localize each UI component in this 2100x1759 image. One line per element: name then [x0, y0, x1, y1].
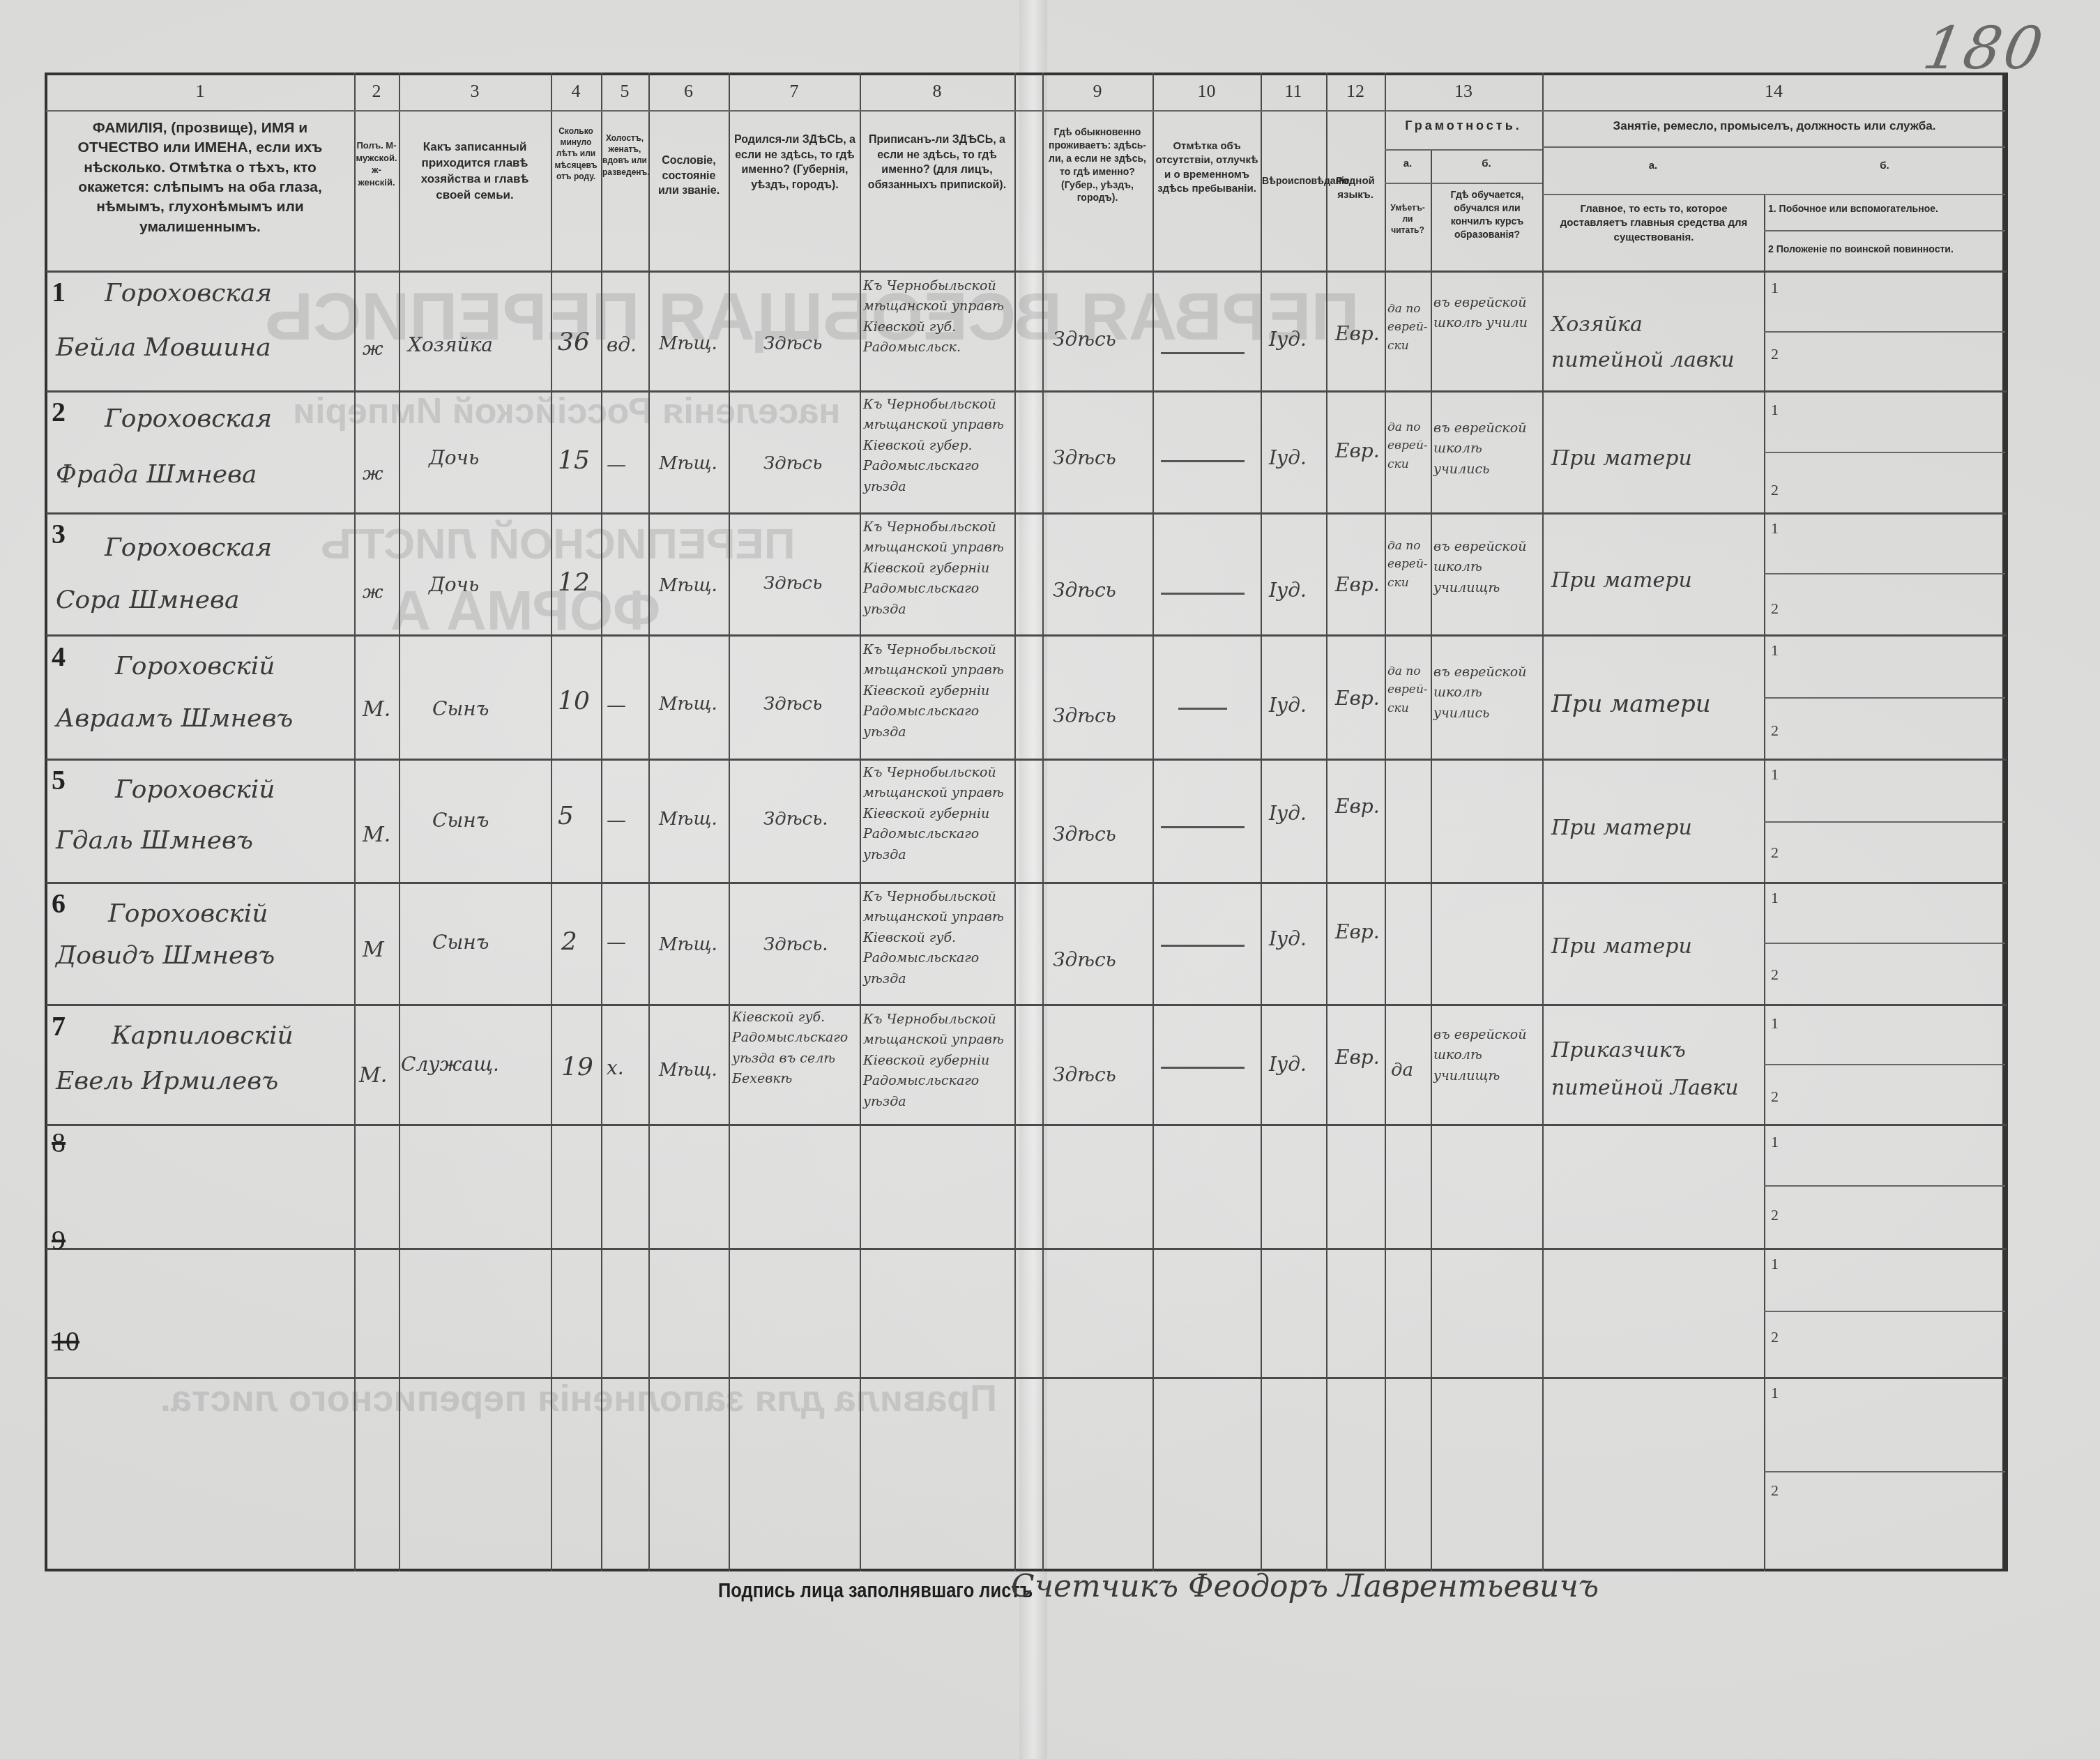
header-col13b: Гдѣ обучается, обучался или кончилъ курс… [1435, 188, 1539, 241]
age: 19 [561, 1053, 593, 1081]
estate: Мѣщ. [659, 809, 717, 830]
absence-dash [1161, 826, 1245, 828]
row-separator [46, 882, 2007, 884]
header-col6: Сословіе, состояніе или званіе. [653, 153, 725, 199]
row-number: 4 [52, 640, 66, 673]
age: 15 [558, 446, 590, 475]
literacy: да по еврей-ски [1387, 418, 1431, 473]
col-number: 7 [729, 81, 860, 102]
col-divider [601, 73, 602, 1571]
age: 10 [558, 687, 590, 715]
registered-at: Къ Чернобыльской мѣщанской управѣ Кіевск… [863, 395, 1011, 497]
religion: Іуд. [1269, 927, 1307, 950]
header-col14b-2: 2 Положеніе по воинской повинности. [1768, 243, 2002, 256]
col-number: 1 [46, 81, 354, 102]
registered-at: Къ Чернобыльской мѣщанской управѣ Кіевск… [863, 763, 1011, 865]
occupation-main: При матери [1551, 934, 1692, 959]
row-number: 3 [52, 517, 66, 550]
col-divider [648, 73, 650, 1571]
relation: Хозяйка [408, 333, 493, 356]
subrow-2: 2 [1771, 966, 1779, 984]
subrow-1: 1 [1771, 279, 1779, 297]
col-number: 14 [1542, 81, 2005, 102]
header-sub-line [1764, 230, 2005, 231]
residence: Здѣсь [1053, 704, 1116, 727]
absence-dash [1178, 708, 1227, 710]
given-name: Евель Ирмилевъ [56, 1067, 278, 1095]
header-col11: Вѣроисповѣданіе. [1262, 174, 1325, 188]
native-language: Евр. [1335, 920, 1380, 943]
marital-status: — [607, 453, 626, 476]
col-divider [1261, 73, 1262, 1571]
sex: ж [363, 464, 383, 485]
residence: Здѣсь [1053, 579, 1116, 602]
col-number: 11 [1261, 81, 1326, 102]
subrow-separator [1764, 1064, 2005, 1065]
registered-at: Къ Чернобыльской мѣщанской управѣ Кіевск… [863, 1010, 1011, 1112]
subrow-1: 1 [1771, 766, 1779, 784]
age: 12 [558, 568, 590, 597]
native-language: Евр. [1335, 687, 1380, 710]
sex: М. [359, 1063, 387, 1088]
col-number: 2 [354, 81, 399, 102]
header-col13a: Умѣетъ-ли читать? [1387, 202, 1428, 236]
subrow-separator [1764, 697, 2005, 699]
row-number: 10 [52, 1325, 79, 1357]
col-divider [1326, 73, 1327, 1571]
subrow-separator [1764, 943, 2005, 944]
religion: Іуд. [1269, 328, 1307, 351]
header-col10: Отмѣтка объ отсутствіи, отлучкѣ и о врем… [1155, 139, 1259, 196]
col-divider [1014, 73, 1016, 1571]
subrow-2: 2 [1771, 1328, 1779, 1346]
estate: Мѣщ. [659, 575, 717, 596]
relation: Дочь [429, 573, 479, 596]
header-col2: Полъ. М-мужской. ж-женскій. [356, 139, 397, 188]
header-col4: Сколько минуло лѣтъ или мѣсяцевъ отъ род… [552, 125, 600, 182]
subrow-1: 1 [1771, 1133, 1779, 1151]
subrow-1: 1 [1771, 889, 1779, 907]
subrow-separator [1764, 331, 2005, 333]
literacy: да по еврей-ски [1387, 537, 1431, 592]
estate: Мѣщ. [659, 934, 717, 955]
col-divider [729, 73, 730, 1571]
relation: Сынъ [432, 931, 489, 954]
surname: Гороховская [105, 279, 272, 307]
absence-dash [1161, 352, 1245, 354]
col-number: 4 [551, 81, 601, 102]
residence: Здѣсь [1053, 1063, 1116, 1086]
header-col13a-label: а. [1386, 157, 1429, 171]
literacy: да [1391, 1060, 1413, 1081]
estate: Мѣщ. [659, 333, 717, 354]
occupation-main: При матери [1551, 816, 1692, 840]
subrow-1: 1 [1771, 1384, 1779, 1402]
sex: М. [363, 697, 390, 722]
row-number: 2 [52, 395, 66, 428]
religion: Іуд. [1269, 446, 1307, 469]
given-name: Сора Шмнева [56, 586, 240, 614]
estate: Мѣщ. [659, 694, 717, 715]
row-separator [46, 1248, 2007, 1250]
marital-status: х. [607, 1056, 624, 1079]
birthplace: Здѣсь [763, 694, 822, 715]
subrow-1: 1 [1771, 1255, 1779, 1273]
registered-at: Къ Чернобыльской мѣщанской управѣ Кіевск… [863, 517, 1011, 620]
marital-status: — [607, 809, 626, 832]
sex: М. [363, 823, 390, 847]
col-divider [1542, 73, 1544, 1571]
col-divider [1042, 73, 1044, 1571]
education: въ еврейской школѣ учили [1433, 293, 1539, 334]
given-name: Гдаль Шмневъ [56, 826, 253, 855]
relation: Служащ. [401, 1053, 499, 1076]
header-number-line [46, 110, 2005, 112]
native-language: Евр. [1335, 1046, 1380, 1069]
registered-at: Къ Чернобыльской мѣщанской управѣ Кіевск… [863, 276, 1011, 358]
occupation-main: Хозяйка питейной лавки [1551, 307, 1760, 378]
header-col8: Приписанъ-ли ЗДѢСЬ, а если не здѣсь, то … [863, 132, 1011, 192]
residence: Здѣсь [1053, 823, 1116, 846]
sex: М [363, 938, 384, 962]
religion: Іуд. [1269, 1053, 1307, 1076]
occupation-main: При матери [1551, 446, 1692, 471]
sex: ж [363, 339, 383, 360]
surname: Карпиловскій [112, 1021, 294, 1050]
subrow-1: 1 [1771, 1014, 1779, 1033]
header-sub-line [1542, 146, 2005, 148]
given-name: Довидъ Шмневъ [56, 941, 275, 970]
surname: Гороховскій [115, 652, 275, 680]
marital-status: — [607, 931, 626, 954]
col-number: 9 [1042, 81, 1152, 102]
residence: Здѣсь [1053, 446, 1116, 469]
row-separator [46, 512, 2007, 515]
surname: Гороховская [105, 404, 272, 433]
subrow-2: 2 [1771, 600, 1779, 618]
absence-dash [1161, 945, 1245, 947]
col-divider [399, 73, 400, 1571]
relation: Сынъ [432, 697, 489, 720]
relation: Дочь [429, 446, 479, 469]
enumerator-signature: Счетчикъ Феодоръ Лаврентьевичъ [1011, 1569, 1599, 1604]
estate: Мѣщ. [659, 1060, 717, 1081]
education: въ еврейской школѣ училищѣ [1433, 1025, 1539, 1086]
census-table [45, 73, 2008, 1571]
row-separator [46, 634, 2007, 637]
col-divider [354, 73, 356, 1571]
col-number: 12 [1326, 81, 1385, 102]
row-separator [46, 759, 2007, 761]
given-name: Бейла Мовшина [56, 333, 271, 362]
religion: Іуд. [1269, 579, 1307, 602]
col-divider [1152, 73, 1154, 1571]
header-sub-line [1431, 183, 1542, 184]
religion: Іуд. [1269, 694, 1307, 717]
birthplace: Здѣсь [763, 573, 822, 594]
row-separator [46, 1004, 2007, 1006]
subrow-2: 2 [1771, 722, 1779, 740]
age: 2 [561, 927, 577, 956]
subrow-separator [1764, 573, 2005, 574]
residence: Здѣсь [1053, 328, 1116, 351]
literacy: да по еврей-ски [1387, 300, 1431, 355]
header-sub-line [1385, 149, 1542, 151]
absence-dash [1161, 1067, 1245, 1069]
header-col12: Родной языкъ. [1327, 174, 1383, 203]
occupation-main: При матери [1551, 568, 1692, 593]
row-separator [46, 1124, 2007, 1126]
occupation-main: Приказчикъ питейной Лавки [1551, 1032, 1760, 1107]
surname: Гороховскій [115, 775, 275, 804]
sex: ж [363, 582, 383, 603]
subrow-2: 2 [1771, 481, 1779, 499]
subrow-separator [1764, 821, 2005, 823]
header-col14a: Главное, то есть то, которое доставляетъ… [1551, 202, 1757, 245]
header-col3: Какъ записанный приходится главѣ хозяйст… [404, 139, 545, 204]
native-language: Евр. [1335, 322, 1380, 345]
subrow-2: 2 [1771, 1088, 1779, 1106]
col-number: 8 [860, 81, 1014, 102]
header-col7: Родился-ли ЗДѢСЬ, а если не здѣсь, то гд… [732, 132, 858, 192]
residence: Здѣсь [1053, 948, 1116, 971]
absence-dash [1161, 593, 1245, 595]
surname: Гороховскій [108, 899, 268, 928]
subrow-separator [1764, 452, 2005, 453]
occupation-main: При матери [1551, 690, 1711, 718]
native-language: Евр. [1335, 573, 1380, 596]
literacy: да по еврей-ски [1387, 662, 1431, 717]
surname: Гороховская [105, 533, 272, 562]
header-sub-line [1542, 194, 2005, 195]
native-language: Евр. [1335, 795, 1380, 818]
birthplace: Здѣсь. [763, 809, 828, 830]
registered-at: Къ Чернобыльской мѣщанской управѣ Кіевск… [863, 640, 1011, 743]
row-number: 1 [52, 275, 66, 308]
given-name: Фрада Шмнева [56, 460, 257, 489]
signature-label: Подпись лица заполнявшаго листъ [718, 1579, 1033, 1603]
row-number: 7 [52, 1010, 66, 1042]
col-number: 13 [1385, 81, 1542, 102]
header-col1: ФАМИЛІЯ, (прозвище), ИМЯ и ОТЧЕСТВО или … [56, 119, 344, 237]
birthplace: Здѣсь [763, 453, 822, 474]
header-col14b-label: б. [1764, 159, 2005, 173]
education: въ еврейской школѣ учились [1433, 418, 1539, 480]
registered-at: Къ Чернобыльской мѣщанской управѣ Кіевск… [863, 887, 1011, 989]
header-col13: Грамотность. [1386, 117, 1541, 134]
header-col5: Холостъ, женатъ, вдовъ или разведенъ. [602, 132, 647, 178]
subrow-1: 1 [1771, 519, 1779, 538]
age: 36 [558, 328, 590, 356]
relation: Сынъ [432, 809, 489, 832]
subrow-separator [1764, 1471, 2005, 1472]
row-number: 8 [52, 1126, 66, 1159]
given-name: Авраамъ Шмневъ [56, 704, 293, 733]
estate: Мѣщ. [659, 453, 717, 474]
birthplace: Кіевской губ. Радомысльскаго уѣзда въ се… [732, 1007, 858, 1090]
col-divider [860, 73, 861, 1571]
col-number: 6 [648, 81, 729, 102]
subrow-1: 1 [1771, 641, 1779, 660]
native-language: Евр. [1335, 439, 1380, 462]
marital-status: — [607, 694, 626, 717]
col-number: 3 [399, 81, 551, 102]
col-divider [1385, 73, 1386, 1571]
header-col13b-label: б. [1432, 157, 1541, 171]
subrow-2: 2 [1771, 1482, 1779, 1500]
birthplace: Здѣсь [763, 333, 822, 354]
header-col14b-1: 1. Побочное или вспомогательное. [1768, 202, 2002, 215]
birthplace: Здѣсь. [763, 934, 828, 955]
row-number: 5 [52, 763, 66, 796]
subrow-separator [1764, 1311, 2005, 1312]
religion: Іуд. [1269, 802, 1307, 825]
row-number: 6 [52, 887, 66, 920]
marital-status: вд. [607, 333, 637, 356]
row-number: 9 [52, 1224, 66, 1256]
row-separator [46, 390, 2007, 393]
header-col14a-label: а. [1542, 159, 1764, 173]
row-separator [46, 271, 2007, 273]
age: 5 [558, 802, 574, 830]
col-number: 5 [601, 81, 648, 102]
col-divider [551, 73, 552, 1571]
col-divider [1431, 150, 1432, 1571]
subrow-1: 1 [1771, 401, 1779, 419]
subrow-separator [1764, 1185, 2005, 1187]
subrow-2: 2 [1771, 345, 1779, 363]
subrow-2: 2 [1771, 844, 1779, 862]
education: въ еврейской школѣ училищѣ [1433, 537, 1539, 598]
absence-dash [1161, 460, 1245, 462]
header-col9: Гдѣ обыкновенно проживаетъ: здѣсь-ли, а … [1044, 125, 1150, 204]
col-number: 10 [1152, 81, 1261, 102]
education: въ еврейской школѣ учились [1433, 662, 1539, 724]
subrow-2: 2 [1771, 1206, 1779, 1224]
header-col14: Занятіе, ремесло, промыселъ, должность и… [1548, 119, 2001, 135]
row-separator [46, 1377, 2007, 1379]
